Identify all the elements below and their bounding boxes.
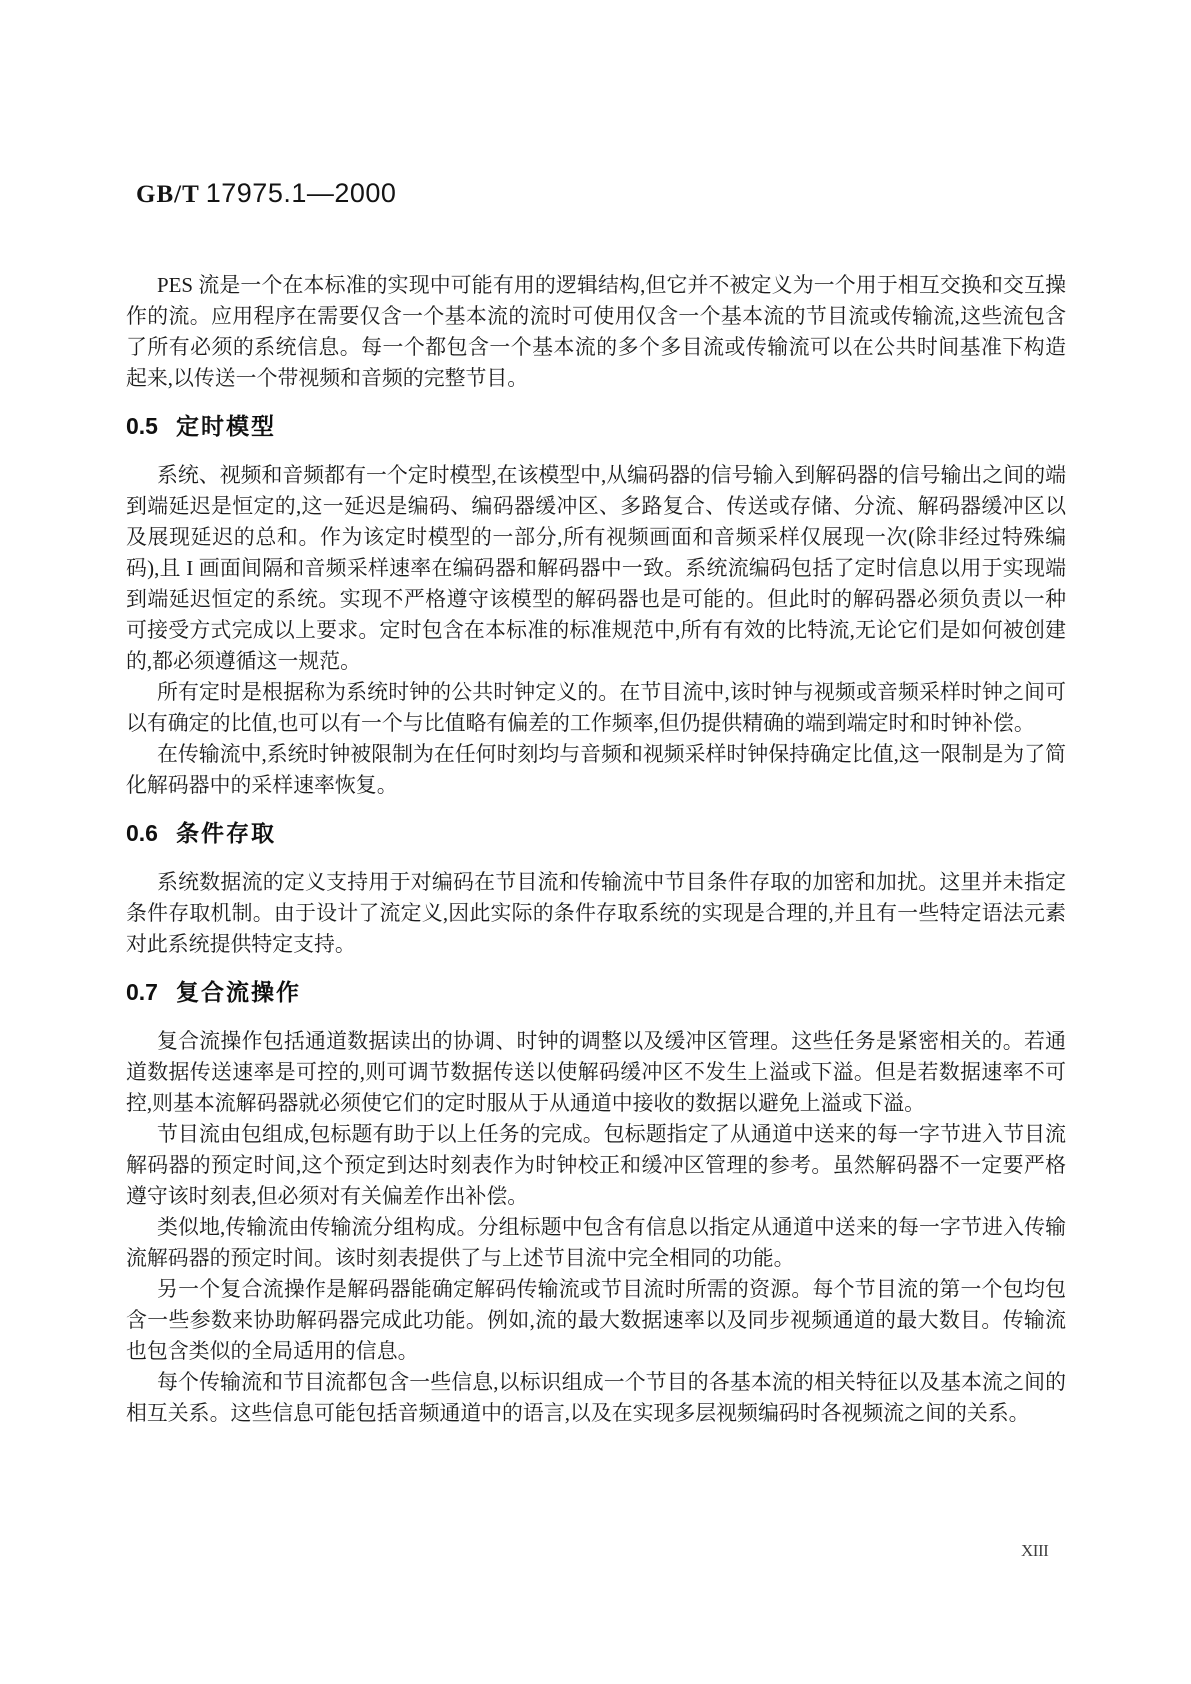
section-title: 条件存取 xyxy=(176,820,276,846)
section-heading-0-7: 0.7复合流操作 xyxy=(126,977,1066,1009)
document-body: PES 流是一个在本标准的实现中可能有用的逻辑结构,但它并不被定义为一个用于相互… xyxy=(126,270,1066,1429)
section-number: 0.7 xyxy=(126,979,158,1005)
section-number: 0.6 xyxy=(126,820,158,846)
section-title: 定时模型 xyxy=(176,413,276,439)
paragraph-intro: PES 流是一个在本标准的实现中可能有用的逻辑结构,但它并不被定义为一个用于相互… xyxy=(126,270,1066,394)
paragraph: 每个传输流和节目流都包含一些信息,以标识组成一个节目的各基本流的相关特征以及基本… xyxy=(126,1367,1066,1429)
paragraph: 另一个复合流操作是解码器能确定解码传输流或节目流时所需的资源。每个节目流的第一个… xyxy=(126,1274,1066,1367)
document-page: GB/T17975.1—2000 PES 流是一个在本标准的实现中可能有用的逻辑… xyxy=(0,0,1191,1684)
paragraph: 复合流操作包括通道数据读出的协调、时钟的调整以及缓冲区管理。这些任务是紧密相关的… xyxy=(126,1026,1066,1119)
section-number: 0.5 xyxy=(126,413,158,439)
paragraph: 系统数据流的定义支持用于对编码在节目流和传输流中节目条件存取的加密和加扰。这里并… xyxy=(126,867,1066,960)
paragraph: 系统、视频和音频都有一个定时模型,在该模型中,从编码器的信号输入到解码器的信号输… xyxy=(126,460,1066,677)
document-code: GB/T17975.1—2000 xyxy=(136,178,396,209)
section-heading-0-5: 0.5定时模型 xyxy=(126,411,1066,443)
section-heading-0-6: 0.6条件存取 xyxy=(126,818,1066,850)
paragraph: 所有定时是根据称为系统时钟的公共时钟定义的。在节目流中,该时钟与视频或音频采样时… xyxy=(126,677,1066,739)
page-number: XIII xyxy=(1021,1541,1048,1561)
paragraph: 在传输流中,系统时钟被限制为在任何时刻均与音频和视频采样时钟保持确定比值,这一限… xyxy=(126,739,1066,801)
standard-prefix: GB/T xyxy=(136,181,200,208)
standard-number: 17975.1—2000 xyxy=(206,178,397,208)
paragraph: 类似地,传输流由传输流分组构成。分组标题中包含有信息以指定从通道中送来的每一字节… xyxy=(126,1212,1066,1274)
paragraph: 节目流由包组成,包标题有助于以上任务的完成。包标题指定了从通道中送来的每一字节进… xyxy=(126,1119,1066,1212)
section-title: 复合流操作 xyxy=(176,979,301,1005)
